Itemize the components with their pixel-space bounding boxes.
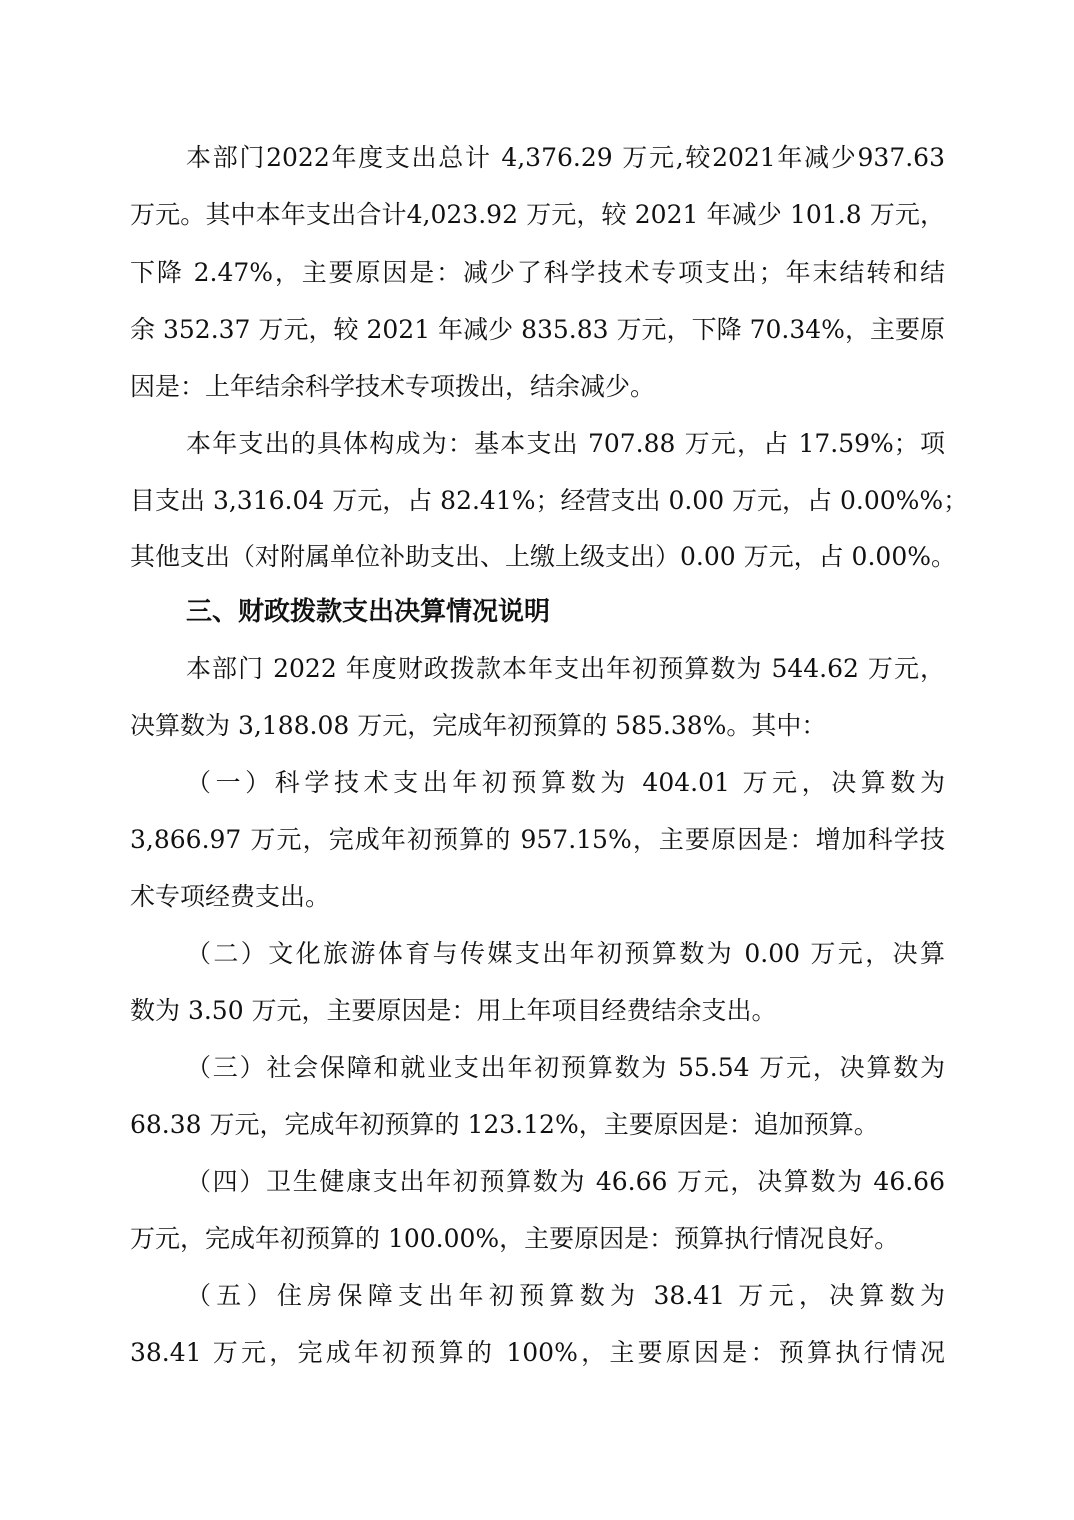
text-line: 38.41 万元，完成年初预算的 100%，主要原因是：预算执行情况: [130, 1333, 945, 1373]
text-line: 万元。其中本年支出合计4,023.92 万元，较 2021 年减少 101.8 …: [130, 195, 945, 235]
text-line: （五）住房保障支出年初预算数为 38.41 万元，决算数为: [186, 1276, 945, 1316]
text-line: （四）卫生健康支出年初预算数为 46.66 万元，决算数为 46.66: [186, 1162, 945, 1202]
text-line: 数为 3.50 万元，主要原因是：用上年项目经费结余支出。: [130, 991, 945, 1031]
text-line: 余 352.37 万元，较 2021 年减少 835.83 万元，下降 70.3…: [130, 310, 945, 350]
text-line: （一）科学技术支出年初预算数为 404.01 万元，决算数为: [186, 763, 945, 803]
text-line: 下降 2.47%，主要原因是：减少了科学技术专项支出；年末结转和结: [130, 253, 945, 293]
text-line: 68.38 万元，完成年初预算的 123.12%，主要原因是：追加预算。: [130, 1105, 945, 1145]
text-line: 决算数为 3,188.08 万元，完成年初预算的 585.38%。其中：: [130, 706, 945, 746]
text-line: 术专项经费支出。: [130, 877, 945, 917]
text-line: 万元，完成年初预算的 100.00%，主要原因是：预算执行情况良好。: [130, 1219, 945, 1259]
text-line: 3,866.97 万元，完成年初预算的 957.15%，主要原因是：增加科学技: [130, 820, 945, 860]
text-line: （二）文化旅游体育与传媒支出年初预算数为 0.00 万元，决算: [186, 934, 945, 974]
text-line: 本部门2022年度支出总计 4,376.29 万元,较2021年减少937.63: [186, 138, 945, 178]
text-line: 目支出 3,316.04 万元，占 82.41%；经营支出 0.00 万元，占 …: [130, 481, 945, 521]
text-line: 其他支出（对附属单位补助支出、上缴上级支出）0.00 万元，占 0.00%。: [130, 537, 945, 577]
text-line: （三）社会保障和就业支出年初预算数为 55.54 万元，决算数为: [186, 1048, 945, 1088]
text-line: 本部门 2022 年度财政拨款本年支出年初预算数为 544.62 万元，: [186, 649, 945, 689]
section-heading: 三、财政拨款支出决算情况说明: [186, 592, 945, 632]
text-line: 本年支出的具体构成为：基本支出 707.88 万元，占 17.59%；项: [186, 424, 945, 464]
text-line: 因是：上年结余科学技术专项拨出，结余减少。: [130, 367, 945, 407]
